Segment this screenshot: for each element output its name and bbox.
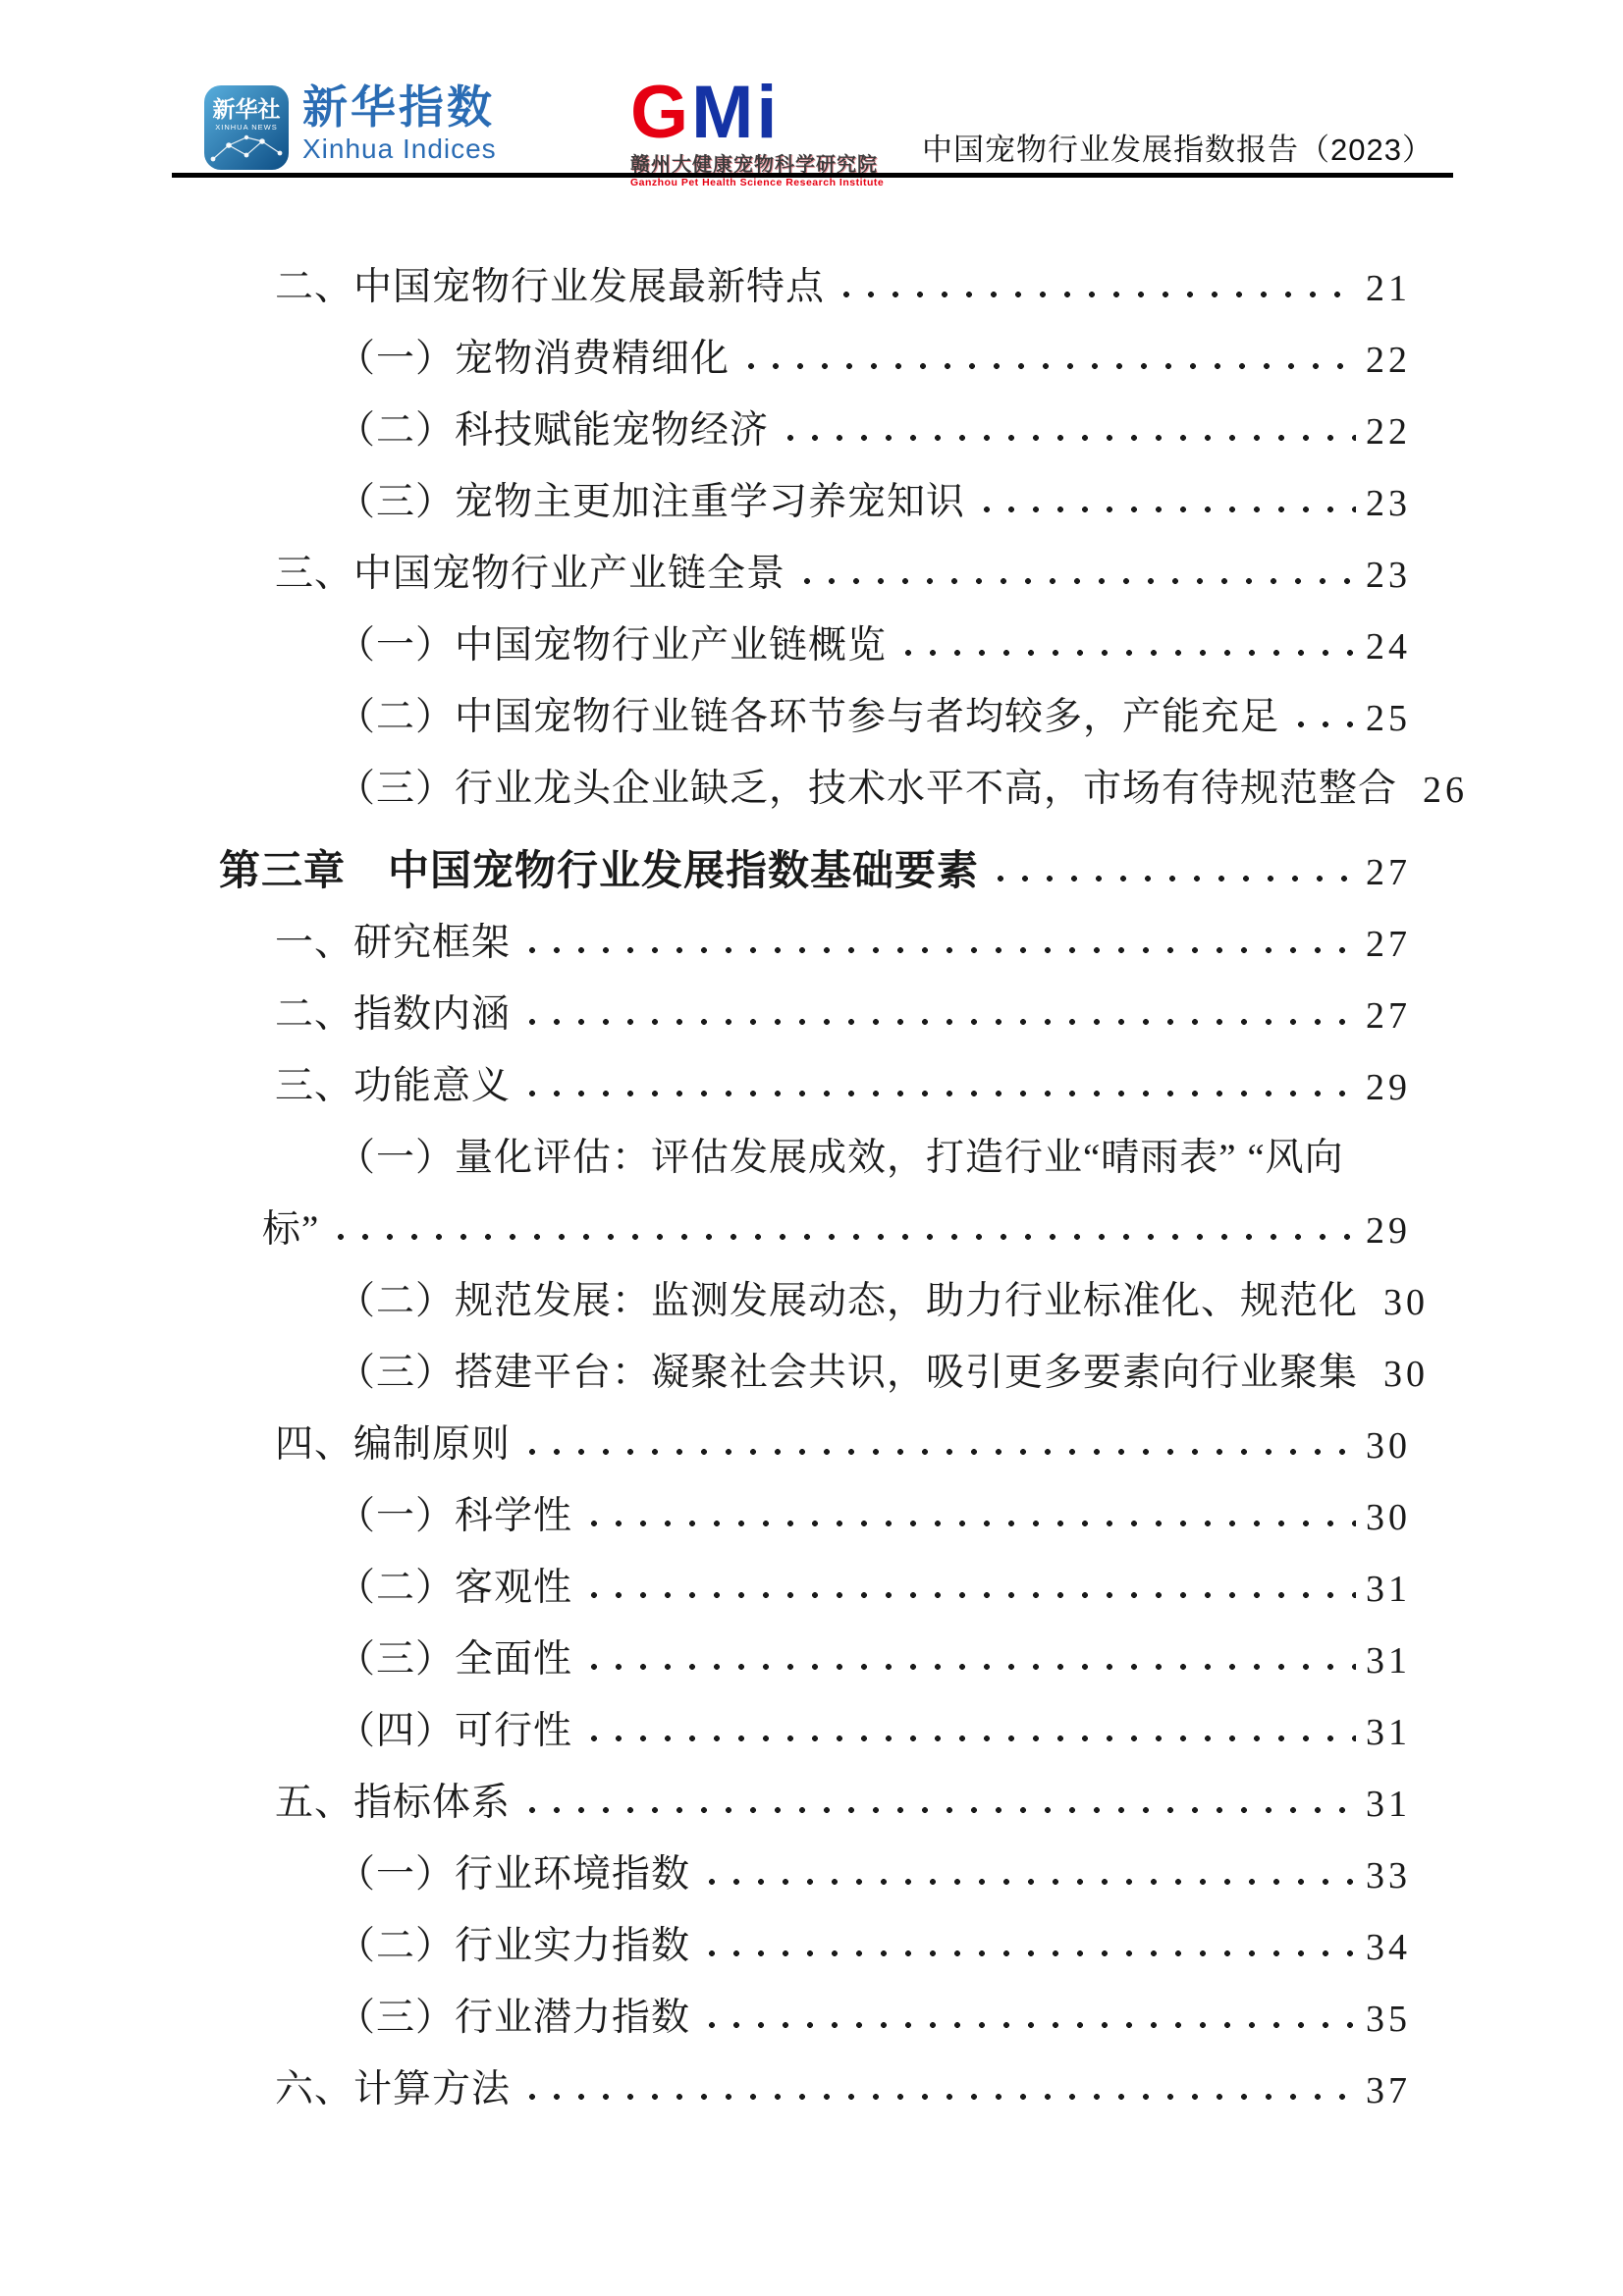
toc-entry[interactable]: （一）科学性 30 bbox=[172, 1467, 1411, 1538]
toc-entry-text: （一）量化评估：评估发展成效，打造行业“晴雨表” “风向 bbox=[337, 1137, 1344, 1180]
toc-page-number: 27 bbox=[1366, 854, 1411, 893]
toc-entry[interactable]: 第三章 中国宠物行业发展指数基础要素 27 bbox=[172, 811, 1411, 893]
toc-dot-leader bbox=[526, 1016, 1356, 1028]
toc-page-number: 35 bbox=[1366, 2001, 1411, 2040]
toc-page-number: 30 bbox=[1383, 1284, 1429, 1323]
report-title: 中国宠物行业发展指数报告（2023） bbox=[922, 125, 1434, 169]
toc-page-number: 30 bbox=[1366, 1499, 1411, 1538]
toc-dot-leader bbox=[526, 1446, 1356, 1458]
toc-page-number: 24 bbox=[1366, 628, 1411, 667]
toc-page-number: 33 bbox=[1366, 1857, 1411, 1896]
toc-dot-leader bbox=[588, 1661, 1356, 1673]
toc-entry-text: 五、指标体系 bbox=[275, 1782, 511, 1825]
toc-entry-text: （一）宠物消费精细化 bbox=[337, 338, 730, 381]
toc-entry-text: （三）宠物主更加注重学习养宠知识 bbox=[337, 481, 965, 524]
toc-page-number: 30 bbox=[1383, 1356, 1429, 1395]
toc-entry[interactable]: （二）规范发展：监测发展动态，助力行业标准化、规范化 30 bbox=[172, 1252, 1411, 1323]
toc-dot-leader bbox=[784, 432, 1356, 444]
toc-page-number: 29 bbox=[1366, 1212, 1411, 1252]
toc-entry[interactable]: （三）宠物主更加注重学习养宠知识 23 bbox=[172, 453, 1411, 524]
toc-entry-text: 三、功能意义 bbox=[275, 1065, 511, 1108]
toc-entry[interactable]: （二）行业实力指数 34 bbox=[172, 1896, 1411, 1968]
toc-entry[interactable]: 一、研究框架 27 bbox=[172, 893, 1411, 965]
xinhua-news-icon: 新华社 XINHUA NEWS bbox=[203, 84, 290, 171]
toc-dot-leader bbox=[1360, 1159, 1401, 1171]
toc-entry-text: （二）规范发展：监测发展动态，助力行业标准化、规范化 bbox=[337, 1280, 1358, 1323]
toc-entry-text: （四）可行性 bbox=[337, 1710, 572, 1753]
toc-entry[interactable]: （三）行业龙头企业缺乏，技术水平不高，市场有待规范整合 26 bbox=[172, 739, 1411, 811]
toc-dot-leader bbox=[526, 1088, 1356, 1099]
toc-entry-text: 二、中国宠物行业发展最新特点 bbox=[275, 266, 825, 309]
gmi-letter-g: G bbox=[630, 71, 691, 154]
toc-entry-text: 二、指数内涵 bbox=[275, 993, 511, 1037]
toc-page-number: 31 bbox=[1366, 1786, 1411, 1825]
toc-dot-leader bbox=[335, 1231, 1356, 1243]
toc-entry-text: （一）科学性 bbox=[337, 1495, 572, 1538]
toc-entry[interactable]: （三）行业潜力指数 35 bbox=[172, 1968, 1411, 2040]
toc: 二、中国宠物行业发展最新特点 21 （一）宠物消费精细化 22 （二）科技赋能宠… bbox=[172, 238, 1411, 2111]
toc-dot-leader bbox=[588, 1733, 1356, 1744]
toc-page-number: 30 bbox=[1366, 1427, 1411, 1467]
toc-dot-leader bbox=[526, 944, 1356, 956]
xinhua-en-label: Xinhua Indices bbox=[302, 133, 497, 165]
toc-page-number: 29 bbox=[1366, 1069, 1411, 1108]
svg-text:新华社: 新华社 bbox=[213, 96, 281, 122]
toc-dot-leader bbox=[706, 1948, 1356, 1959]
toc-page-number: 22 bbox=[1366, 413, 1411, 453]
toc-entry[interactable]: 标” 29 bbox=[172, 1180, 1411, 1252]
toc-entry[interactable]: 二、指数内涵 27 bbox=[172, 965, 1411, 1037]
toc-entry-text: 四、编制原则 bbox=[275, 1423, 511, 1467]
toc-entry[interactable]: 二、中国宠物行业发展最新特点 21 bbox=[172, 238, 1411, 309]
toc-page-number: 22 bbox=[1366, 342, 1411, 381]
header-rule bbox=[172, 173, 1453, 178]
toc-entry[interactable]: （三）全面性 31 bbox=[172, 1610, 1411, 1682]
toc-entry-text: 三、中国宠物行业产业链全景 bbox=[275, 553, 785, 596]
toc-entry[interactable]: （二）中国宠物行业链各环节参与者均较多，产能充足 25 bbox=[172, 667, 1411, 739]
toc-page-number: 21 bbox=[1366, 270, 1411, 309]
toc-entry-text: 六、计算方法 bbox=[275, 2068, 511, 2111]
toc-entry[interactable]: （三）搭建平台：凝聚社会共识，吸引更多要素向行业聚集 30 bbox=[172, 1323, 1411, 1395]
toc-entry-text: （三）全面性 bbox=[337, 1638, 572, 1682]
xinhua-wordmark: 新华指数 Xinhua Indices bbox=[302, 84, 497, 165]
toc-entry[interactable]: （二）客观性 31 bbox=[172, 1538, 1411, 1610]
toc-dot-leader bbox=[981, 504, 1356, 515]
toc-entry-text: （一）中国宠物行业产业链概览 bbox=[337, 624, 887, 667]
toc-entry-text: （二）中国宠物行业链各环节参与者均较多，产能充足 bbox=[337, 696, 1279, 739]
toc-entry-text: （二）客观性 bbox=[337, 1567, 572, 1610]
toc-dot-leader bbox=[588, 1589, 1356, 1601]
toc-page-number: 27 bbox=[1366, 997, 1411, 1037]
toc-dot-leader bbox=[995, 873, 1356, 884]
toc-entry-text: （二）行业实力指数 bbox=[337, 1925, 690, 1968]
toc-dot-leader bbox=[706, 1876, 1356, 1888]
toc-entry[interactable]: （一）中国宠物行业产业链概览 24 bbox=[172, 596, 1411, 667]
toc-entry[interactable]: （一）量化评估：评估发展成效，打造行业“晴雨表” “风向 bbox=[172, 1108, 1411, 1180]
toc-dot-leader bbox=[706, 2019, 1356, 2031]
gmi-wordmark: GMi bbox=[630, 79, 884, 147]
toc-dot-leader bbox=[526, 2091, 1356, 2103]
toc-entry-text: （一）行业环境指数 bbox=[337, 1853, 690, 1896]
toc-dot-leader bbox=[745, 360, 1356, 372]
page-header: 新华社 XINHUA NEWS 新华指数 Xinhua Indices GMi … bbox=[0, 0, 1623, 178]
toc-entry[interactable]: （四）可行性 31 bbox=[172, 1682, 1411, 1753]
toc-entry-text: （三）行业潜力指数 bbox=[337, 1997, 690, 2040]
xinhua-indices-logo: 新华社 XINHUA NEWS 新华指数 Xinhua Indices bbox=[203, 84, 497, 171]
toc-page-number: 37 bbox=[1366, 2072, 1411, 2111]
gmi-en-label: Ganzhou Pet Health Science Research Inst… bbox=[630, 177, 884, 188]
toc-dot-leader bbox=[588, 1518, 1356, 1529]
toc-entry-text: （二）科技赋能宠物经济 bbox=[337, 409, 769, 453]
toc-entry[interactable]: 三、功能意义 29 bbox=[172, 1037, 1411, 1108]
toc-page-number: 34 bbox=[1366, 1929, 1411, 1968]
toc-page-number: 27 bbox=[1366, 926, 1411, 965]
svg-text:XINHUA NEWS: XINHUA NEWS bbox=[215, 123, 278, 132]
toc-page-number: 23 bbox=[1366, 485, 1411, 524]
toc-entry-text: （三）行业龙头企业缺乏，技术水平不高，市场有待规范整合 bbox=[337, 768, 1397, 811]
toc-entry[interactable]: 六、计算方法 37 bbox=[172, 2040, 1411, 2111]
toc-page-number: 25 bbox=[1366, 700, 1411, 739]
xinhua-cn-label: 新华指数 bbox=[302, 84, 497, 131]
toc-page-number: 31 bbox=[1366, 1714, 1411, 1753]
gmi-letters-mi: Mi bbox=[691, 71, 780, 154]
toc-entry-text: 第三章 中国宠物行业发展指数基础要素 bbox=[219, 847, 979, 893]
toc-dot-leader bbox=[902, 647, 1356, 659]
toc-dot-leader bbox=[526, 1804, 1356, 1816]
toc-page-number: 26 bbox=[1423, 772, 1468, 811]
toc-entry-text: 一、研究框架 bbox=[275, 922, 511, 965]
toc-entry-text: （三）搭建平台：凝聚社会共识，吸引更多要素向行业聚集 bbox=[337, 1352, 1358, 1395]
toc-dot-leader bbox=[1295, 719, 1356, 730]
toc-entry[interactable]: 五、指标体系 31 bbox=[172, 1753, 1411, 1825]
toc-entry[interactable]: 三、中国宠物行业产业链全景 23 bbox=[172, 524, 1411, 596]
toc-entry[interactable]: （一）宠物消费精细化 22 bbox=[172, 309, 1411, 381]
toc-entry[interactable]: （一）行业环境指数 33 bbox=[172, 1825, 1411, 1896]
toc-entry-text: 标” bbox=[262, 1208, 319, 1252]
toc-entry[interactable]: 四、编制原则 30 bbox=[172, 1395, 1411, 1467]
toc-page-number: 31 bbox=[1366, 1642, 1411, 1682]
toc-dot-leader bbox=[801, 575, 1356, 587]
toc-page-number: 23 bbox=[1366, 557, 1411, 596]
toc-page-number: 31 bbox=[1366, 1571, 1411, 1610]
toc-dot-leader bbox=[840, 289, 1356, 300]
toc-entry[interactable]: （二）科技赋能宠物经济 22 bbox=[172, 381, 1411, 453]
